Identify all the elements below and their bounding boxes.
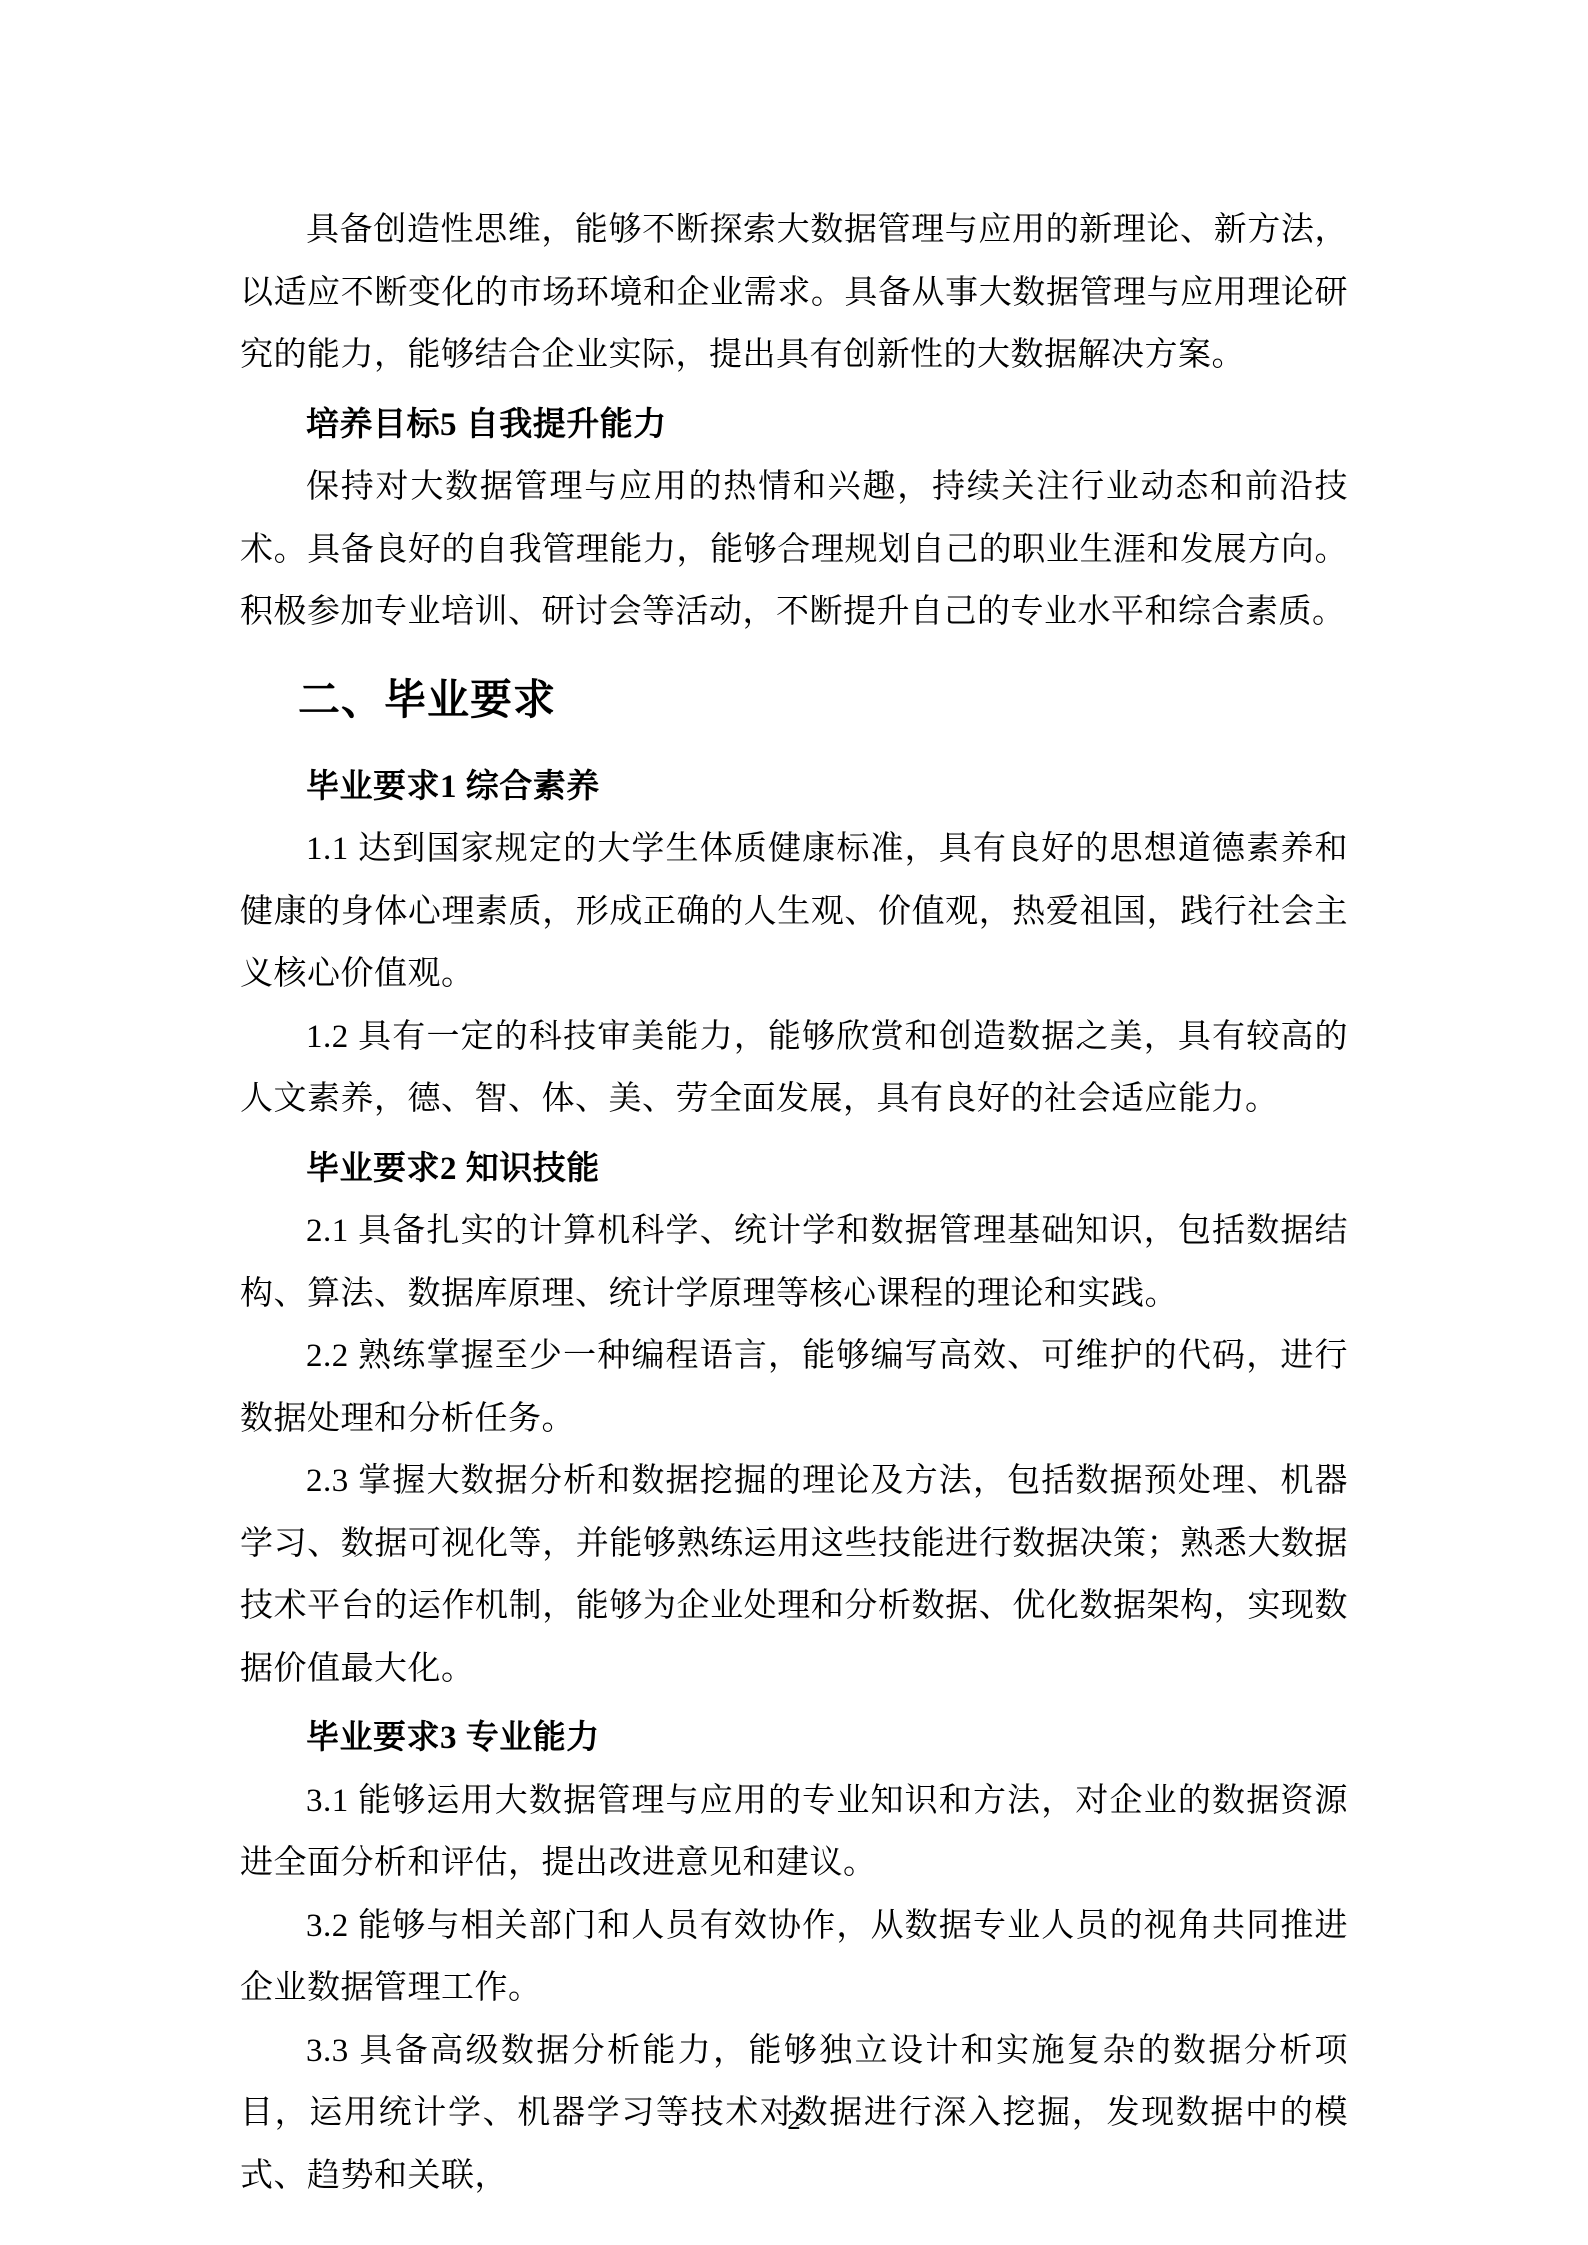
paragraph-item-1-2: 1.2 具有一定的科技审美能力，能够欣赏和创造数据之美，具有较高的人文素养，德、…: [240, 1006, 1348, 1131]
document-page: 具备创造性思维，能够不断探索大数据管理与应用的新理论、新方法，以适应不断变化的市…: [0, 0, 1588, 2245]
paragraph-item-3-1: 3.1 能够运用大数据管理与应用的专业知识和方法，对企业的数据资源进全面分析和评…: [240, 1770, 1348, 1895]
section-heading-graduation-requirements: 二、毕业要求: [240, 669, 1348, 733]
subsection-heading-requirement-1: 毕业要求1 综合素养: [240, 756, 1348, 819]
paragraph-training-objective-4-cont: 具备创造性思维，能够不断探索大数据管理与应用的新理论、新方法，以适应不断变化的市…: [240, 199, 1348, 387]
subsection-heading-requirement-2: 毕业要求2 知识技能: [240, 1138, 1348, 1201]
subsection-heading-requirement-3: 毕业要求3 专业能力: [240, 1707, 1348, 1770]
paragraph-item-1-1: 1.1 达到国家规定的大学生体质健康标准，具有良好的思想道德素养和健康的身体心理…: [240, 818, 1348, 1006]
subsection-heading-objective-5: 培养目标5 自我提升能力: [240, 394, 1348, 457]
page-body: 具备创造性思维，能够不断探索大数据管理与应用的新理论、新方法，以适应不断变化的市…: [0, 0, 1588, 2207]
paragraph-item-2-3: 2.3 掌握大数据分析和数据挖掘的理论及方法，包括数据预处理、机器学习、数据可视…: [240, 1450, 1348, 1700]
paragraph-item-3-2: 3.2 能够与相关部门和人员有效协作，从数据专业人员的视角共同推进企业数据管理工…: [240, 1895, 1348, 2020]
paragraph-objective-5-body: 保持对大数据管理与应用的热情和兴趣，持续关注行业动态和前沿技术。具备良好的自我管…: [240, 456, 1348, 644]
page-number: 2: [0, 2103, 1588, 2137]
paragraph-item-2-1: 2.1 具备扎实的计算机科学、统计学和数据管理基础知识，包括数据结构、算法、数据…: [240, 1200, 1348, 1325]
paragraph-item-2-2: 2.2 熟练掌握至少一种编程语言，能够编写高效、可维护的代码，进行数据处理和分析…: [240, 1325, 1348, 1450]
